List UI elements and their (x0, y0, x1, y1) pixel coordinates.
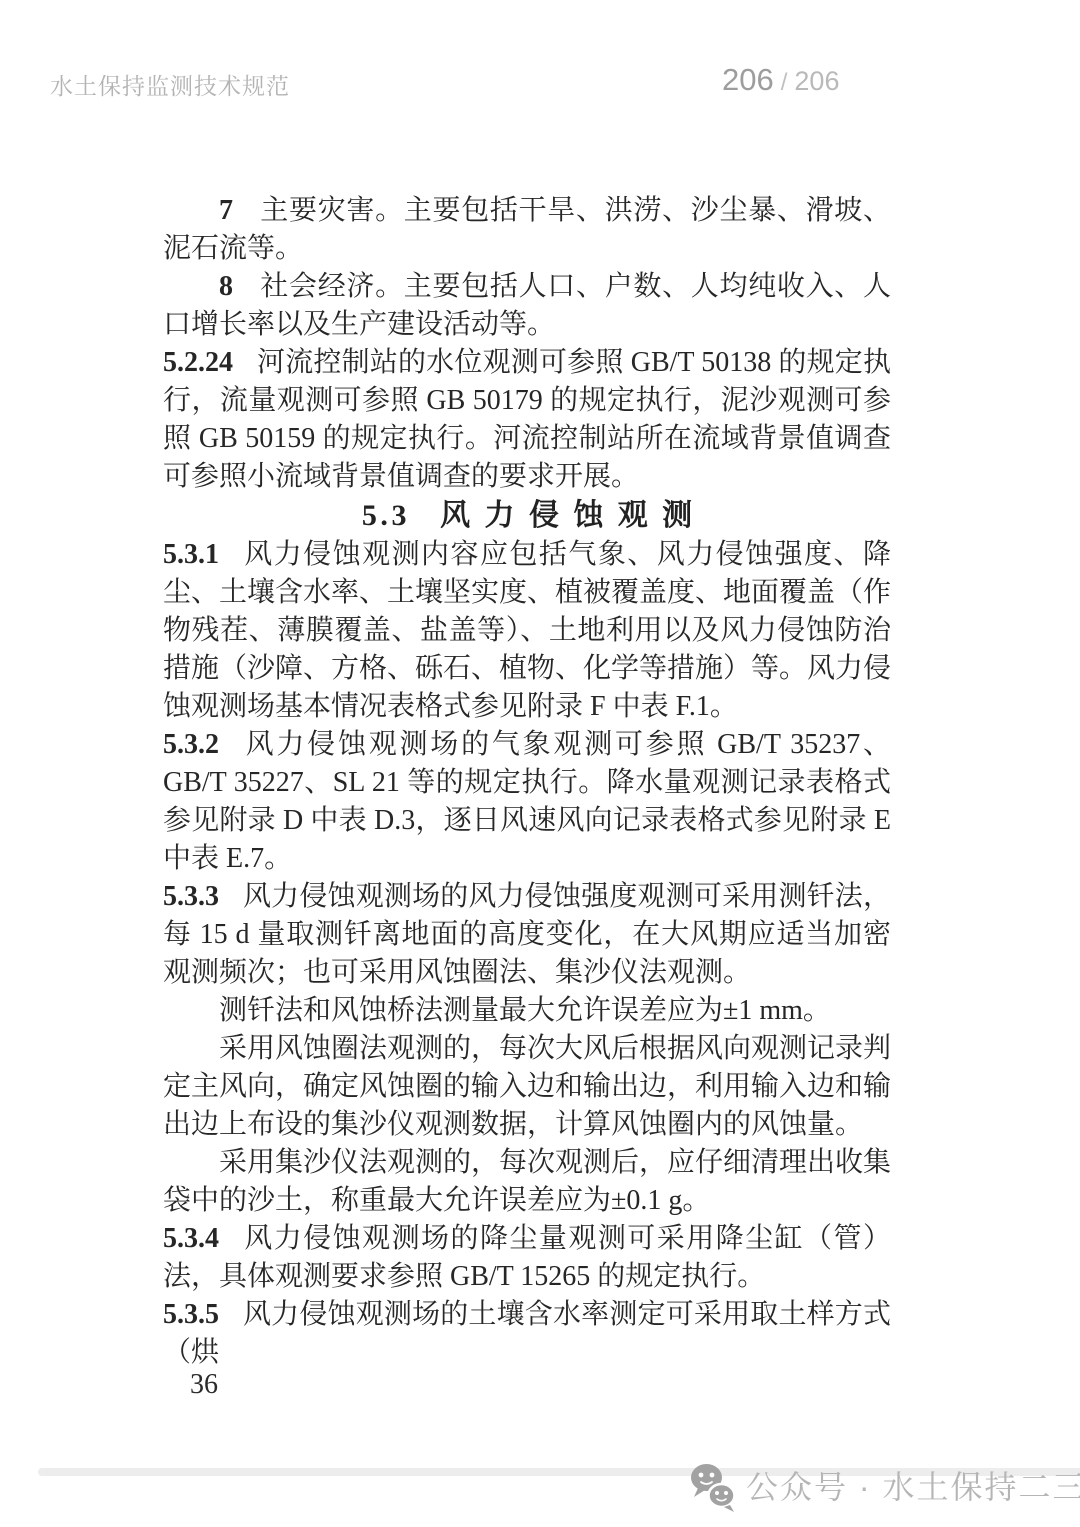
page-content: 7主要灾害。主要包括干旱、洪涝、沙尘暴、滑坡、泥石流等。 8社会经济。主要包括人… (163, 192, 891, 1372)
paragraph-wind-circle: 采用风蚀圈法观测的，每次大风后根据风向观测记录判定主风向，确定风蚀圈的输入边和输… (163, 1030, 891, 1144)
list-item-8: 8社会经济。主要包括人口、户数、人均纯收入、人口增长率以及生产建设活动等。 (163, 268, 891, 344)
document-viewer: 水土保持监测技术规范 206/206 7主要灾害。主要包括干旱、洪涝、沙尘暴、滑… (0, 0, 1080, 1527)
clause-number: 5.3.3 (163, 881, 219, 912)
page-separator: / (781, 69, 788, 96)
clause-5-3-3: 5.3.3风力侵蚀观测场的风力侵蚀强度观测可采用测钎法，每 15 d 量取测钎离… (163, 878, 891, 992)
clause-5-3-4: 5.3.4风力侵蚀观测场的降尘量观测可采用降尘缸（管）法，具体观测要求参照 GB… (163, 1220, 891, 1296)
section-heading-5-3: 5.3风力侵蚀观测 (163, 496, 891, 536)
watermark: 公众号 · 水土保持二三 (689, 1458, 1080, 1512)
clause-number: 5.3.2 (163, 729, 219, 760)
clause-5-2-24: 5.2.24河流控制站的水位观测可参照 GB/T 50138 的规定执行，流量观… (163, 344, 891, 496)
item-text: 社会经济。主要包括人口、户数、人均纯收入、人口增长率以及生产建设活动等。 (163, 271, 891, 340)
list-item-7: 7主要灾害。主要包括干旱、洪涝、沙尘暴、滑坡、泥石流等。 (163, 192, 891, 268)
clause-text: 风力侵蚀观测场的降尘量观测可采用降尘缸（管）法，具体观测要求参照 GB/T 15… (163, 1223, 891, 1292)
clause-text: 风力侵蚀观测场的气象观测可参照 GB/T 35237、GB/T 35227、SL… (163, 729, 891, 874)
doc-title: 水土保持监测技术规范 (50, 68, 290, 101)
wechat-icon (689, 1463, 736, 1513)
clause-number: 5.3.5 (163, 1299, 219, 1330)
clause-number: 5.3.4 (163, 1223, 219, 1254)
clause-text: 风力侵蚀观测内容应包括气象、风力侵蚀强度、降尘、土壤含水率、土壤坚实度、植被覆盖… (163, 539, 891, 722)
paragraph-sand-collector: 采用集沙仪法观测的，每次观测后，应仔细清理出收集袋中的沙土，称重最大允许误差应为… (163, 1144, 891, 1220)
clause-text: 风力侵蚀观测场的风力侵蚀强度观测可采用测钎法，每 15 d 量取测钎离地面的高度… (163, 881, 891, 988)
paragraph-error-mm: 测钎法和风蚀桥法测量最大允许误差应为±1 mm。 (163, 992, 891, 1030)
page-current: 206 (722, 62, 774, 97)
clause-5-3-2: 5.3.2风力侵蚀观测场的气象观测可参照 GB/T 35237、GB/T 352… (163, 726, 891, 878)
clause-number: 5.3.1 (163, 539, 219, 570)
clause-text: 风力侵蚀观测场的土壤含水率测定可采用取土样方式（烘 (163, 1299, 891, 1368)
clause-5-3-1: 5.3.1风力侵蚀观测内容应包括气象、风力侵蚀强度、降尘、土壤含水率、土壤坚实度… (163, 536, 891, 726)
heading-title: 风力侵蚀观测 (440, 499, 706, 532)
clause-number: 5.2.24 (163, 347, 233, 378)
item-number: 8 (219, 271, 233, 302)
item-number: 7 (219, 195, 233, 226)
page-folio: 36 (190, 1366, 218, 1404)
heading-number: 5.3 (362, 499, 410, 532)
clause-5-3-5: 5.3.5风力侵蚀观测场的土壤含水率测定可采用取土样方式（烘 (163, 1296, 891, 1372)
watermark-label: 公众号 · 水土保持二三 (746, 1462, 1080, 1508)
page-total: 206 (794, 66, 839, 96)
page-indicator: 206/206 (722, 62, 839, 98)
item-text: 主要灾害。主要包括干旱、洪涝、沙尘暴、滑坡、泥石流等。 (163, 195, 891, 264)
clause-text: 河流控制站的水位观测可参照 GB/T 50138 的规定执行，流量观测可参照 G… (163, 347, 891, 492)
